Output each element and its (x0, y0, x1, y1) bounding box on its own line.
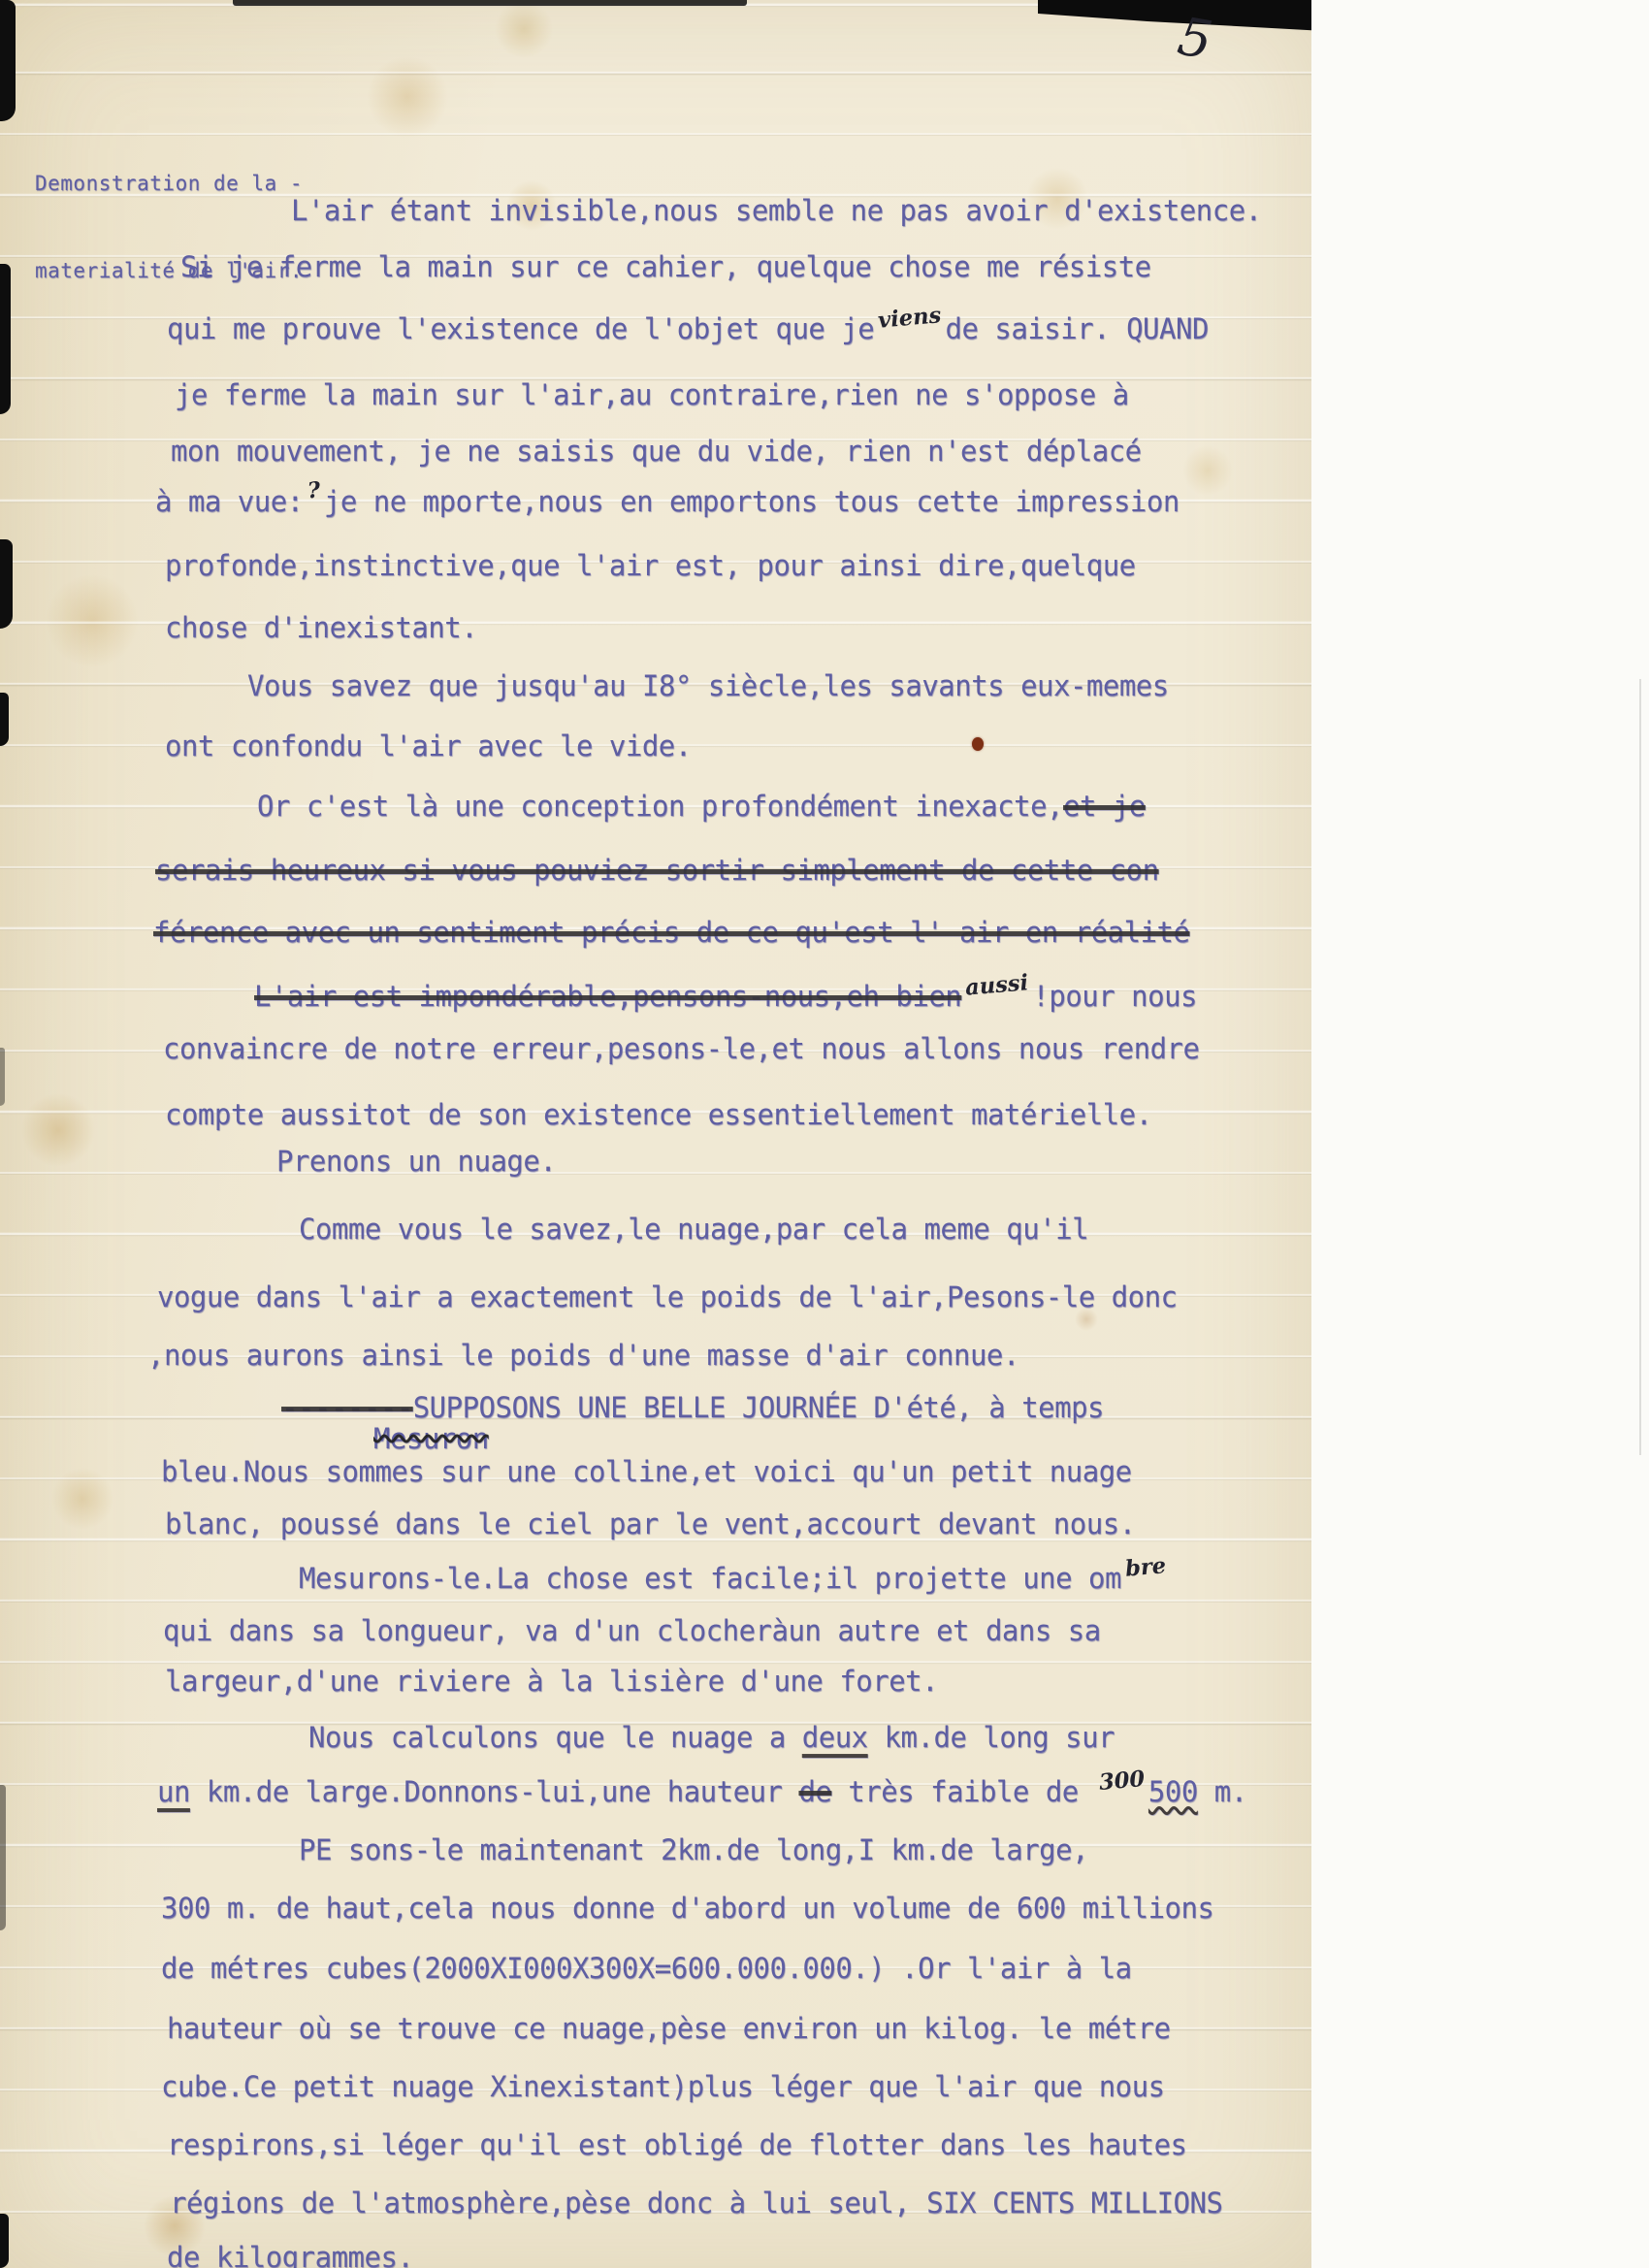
typed-line: Prenons un nuage. (276, 1145, 556, 1178)
text-segment: vogue dans l'air a exactement le poids d… (157, 1280, 1178, 1313)
text-segment: ont confondu l'air avec le vide. (165, 729, 692, 762)
handwritten-annotation: bre (1124, 1553, 1167, 1582)
film-edge-mark (0, 264, 11, 414)
text-segment: à ma vue: (155, 485, 304, 518)
scan-top-edge-line (233, 0, 747, 6)
document-heading: Demonstration de la - materialité de l'a… (35, 111, 303, 314)
typed-line: ont confondu l'air avec le vide. (165, 729, 692, 762)
text-segment: !pour nous (1032, 980, 1197, 1013)
typed-line: Si je ferme la main sur ce cahier, quelq… (180, 250, 1151, 283)
text-segment: qui me prouve l'existence de l'objet que… (167, 312, 874, 345)
text-segment: bleu.Nous sommes sur une colline,et voic… (161, 1455, 1132, 1488)
film-edge-mark (0, 693, 9, 746)
text-segment: Nous calculons que le nuage a (308, 1721, 802, 1754)
typed-line: 300 m. de haut,cela nous donne d'abord u… (161, 1892, 1213, 1925)
text-segment: SUPPOSONS UNE BELLE JOURNÉE D'été, à tem… (413, 1391, 1104, 1424)
typed-line: cube.Ce petit nuage Xinexistant)plus lég… (161, 2070, 1165, 2103)
typed-line: compte aussitot de son existence essenti… (165, 1098, 1152, 1131)
film-edge-mark (0, 2214, 9, 2268)
handwritten-annotation: 300 (1098, 1766, 1146, 1796)
typed-line: profonde,instinctive,que l'air est, pour… (165, 549, 1136, 582)
typed-line: PE sons-le maintenant 2km.de long,I km.d… (299, 1833, 1088, 1866)
typed-line: convaincre de notre erreur,pesons-le,et … (163, 1032, 1199, 1065)
text-segment: de saisir. QUAND (946, 312, 1209, 345)
typed-line: férence avec un sentiment précis de ce q… (153, 916, 1189, 949)
typed-line: L'air étant invisible,nous semble ne pas… (291, 194, 1262, 227)
typed-line: hauteur où se trouve ce nuage,pèse envir… (167, 2012, 1171, 2045)
typed-line: Vous savez que jusqu'au I8° siècle,les s… (247, 669, 1169, 702)
text-segment: hauteur où se trouve ce nuage,pèse envir… (167, 2012, 1171, 2045)
typed-line: L'air est impondérable,pensons-nous,eh b… (254, 980, 1197, 1013)
typed-line: Mesuron (373, 1422, 489, 1455)
typed-line: à ma vue:?je ne mporte,nous en emportons… (155, 485, 1180, 518)
text-segment: férence avec un sentiment précis de ce q… (153, 916, 1189, 949)
typed-line: je ferme la main sur l'air,au contraire,… (175, 378, 1129, 411)
text-segment: Or c'est là une conception profondément … (257, 790, 1063, 823)
text-segment: km.de long sur (868, 1721, 1115, 1754)
text-segment: très faible de (831, 1775, 1094, 1808)
text-segment: -------- (281, 1391, 413, 1424)
typed-line: respirons,si léger qu'il est obligé de f… (167, 2128, 1187, 2161)
text-segment: qui dans sa longueur, va d'un clocheràun… (163, 1614, 1101, 1647)
typed-line: mon mouvement, je ne saisis que du vide,… (171, 435, 1142, 468)
text-segment: cube.Ce petit nuage Xinexistant)plus lég… (161, 2070, 1165, 2103)
text-segment: je ferme la main sur l'air,au contraire,… (175, 378, 1129, 411)
typed-line: qui dans sa longueur, va d'un clocheràun… (163, 1614, 1101, 1647)
typed-line: Comme vous le savez,le nuage,par cela me… (299, 1213, 1088, 1246)
typed-line: un km.de large.Donnons-lui,une hauteur d… (157, 1775, 1247, 1808)
film-edge-mark (0, 1785, 6, 1930)
text-segment: je ne mporte,nous en emportons tous cett… (324, 485, 1180, 518)
text-segment: régions de l'atmosphère,pèse donc à lui … (170, 2187, 1222, 2219)
typed-line: ,nous aurons ainsi le poids d'une masse … (147, 1339, 1019, 1372)
typed-line: blanc, poussé dans le ciel par le vent,a… (165, 1507, 1136, 1540)
typed-line: régions de l'atmosphère,pèse donc à lui … (170, 2187, 1222, 2219)
text-segment: compte aussitot de son existence essenti… (165, 1098, 1152, 1131)
typed-line: bleu.Nous sommes sur une colline,et voic… (161, 1455, 1132, 1488)
handwritten-annotation: viens (877, 303, 942, 334)
text-segment: convaincre de notre erreur,pesons-le,et … (163, 1032, 1199, 1065)
text-segment: de kilogrammes. (167, 2241, 413, 2268)
typed-line: --------SUPPOSONS UNE BELLE JOURNÉE D'ét… (281, 1391, 1104, 1424)
text-segment: L'air est impondérable,pensons-nous,eh b… (254, 980, 961, 1013)
handwritten-annotation: aussi (964, 970, 1029, 1001)
text-segment: blanc, poussé dans le ciel par le vent,a… (165, 1507, 1136, 1540)
film-edge-mark (0, 539, 13, 629)
text-segment: deux (802, 1721, 868, 1754)
text-segment: 300 m. de haut,cela nous donne d'abord u… (161, 1892, 1213, 1925)
typed-line: de métres cubes(2000XI000X300X=600.000.0… (161, 1952, 1132, 1985)
typed-line: largeur,d'une riviere à la lisière d'une… (165, 1665, 938, 1698)
text-segment: et je (1063, 790, 1146, 823)
handwritten-annotation: ? (307, 477, 321, 503)
text-segment: de (798, 1775, 831, 1808)
text-segment: respirons,si léger qu'il est obligé de f… (167, 2128, 1187, 2161)
typed-line: Nous calculons que le nuage a deux km.de… (308, 1721, 1115, 1754)
text-segment: PE sons-le maintenant 2km.de long,I km.d… (299, 1833, 1088, 1866)
typed-line: chose d'inexistant. (165, 611, 477, 644)
typed-line: serais heureux si vous pouviez sortir si… (155, 854, 1159, 887)
text-segment: chose d'inexistant. (165, 611, 477, 644)
text-segment: 500 (1148, 1775, 1198, 1808)
text-segment: Comme vous le savez,le nuage,par cela me… (299, 1213, 1088, 1246)
film-edge-mark (0, 1048, 5, 1106)
text-segment: L'air étant invisible,nous semble ne pas… (291, 194, 1262, 227)
typed-line: qui me prouve l'existence de l'objet que… (167, 312, 1209, 345)
text-segment: mon mouvement, je ne saisis que du vide,… (171, 435, 1142, 468)
typed-line: Mesurons-le.La chose est facile;il proje… (299, 1562, 1170, 1595)
text-segment: Mesuron (373, 1422, 489, 1455)
red-ink-dot (972, 737, 984, 751)
typed-line: vogue dans l'air a exactement le poids d… (157, 1280, 1178, 1313)
text-segment: ,nous aurons ainsi le poids d'une masse … (147, 1339, 1019, 1372)
heading-line-1: Demonstration de la - (35, 169, 303, 198)
text-segment: km.de large.Donnons-lui,une hauteur (190, 1775, 799, 1808)
text-segment: m. (1198, 1775, 1247, 1808)
text-segment: serais heureux si vous pouviez sortir si… (155, 854, 1159, 887)
text-segment: Si je ferme la main sur ce cahier, quelq… (180, 250, 1151, 283)
text-segment: Vous savez que jusqu'au I8° siècle,les s… (247, 669, 1169, 702)
scan-vertical-line (1639, 679, 1641, 1455)
typed-line: de kilogrammes. (167, 2241, 413, 2268)
text-segment: un (157, 1775, 190, 1808)
text-segment: Mesurons-le.La chose est facile;il proje… (299, 1562, 1121, 1595)
film-edge-mark (0, 0, 16, 121)
typed-line: Or c'est là une conception profondément … (257, 790, 1146, 823)
text-segment: Prenons un nuage. (276, 1145, 556, 1178)
text-segment: largeur,d'une riviere à la lisière d'une… (165, 1665, 938, 1698)
text-segment: de métres cubes(2000XI000X300X=600.000.0… (161, 1952, 1132, 1985)
text-segment: profonde,instinctive,que l'air est, pour… (165, 549, 1136, 582)
